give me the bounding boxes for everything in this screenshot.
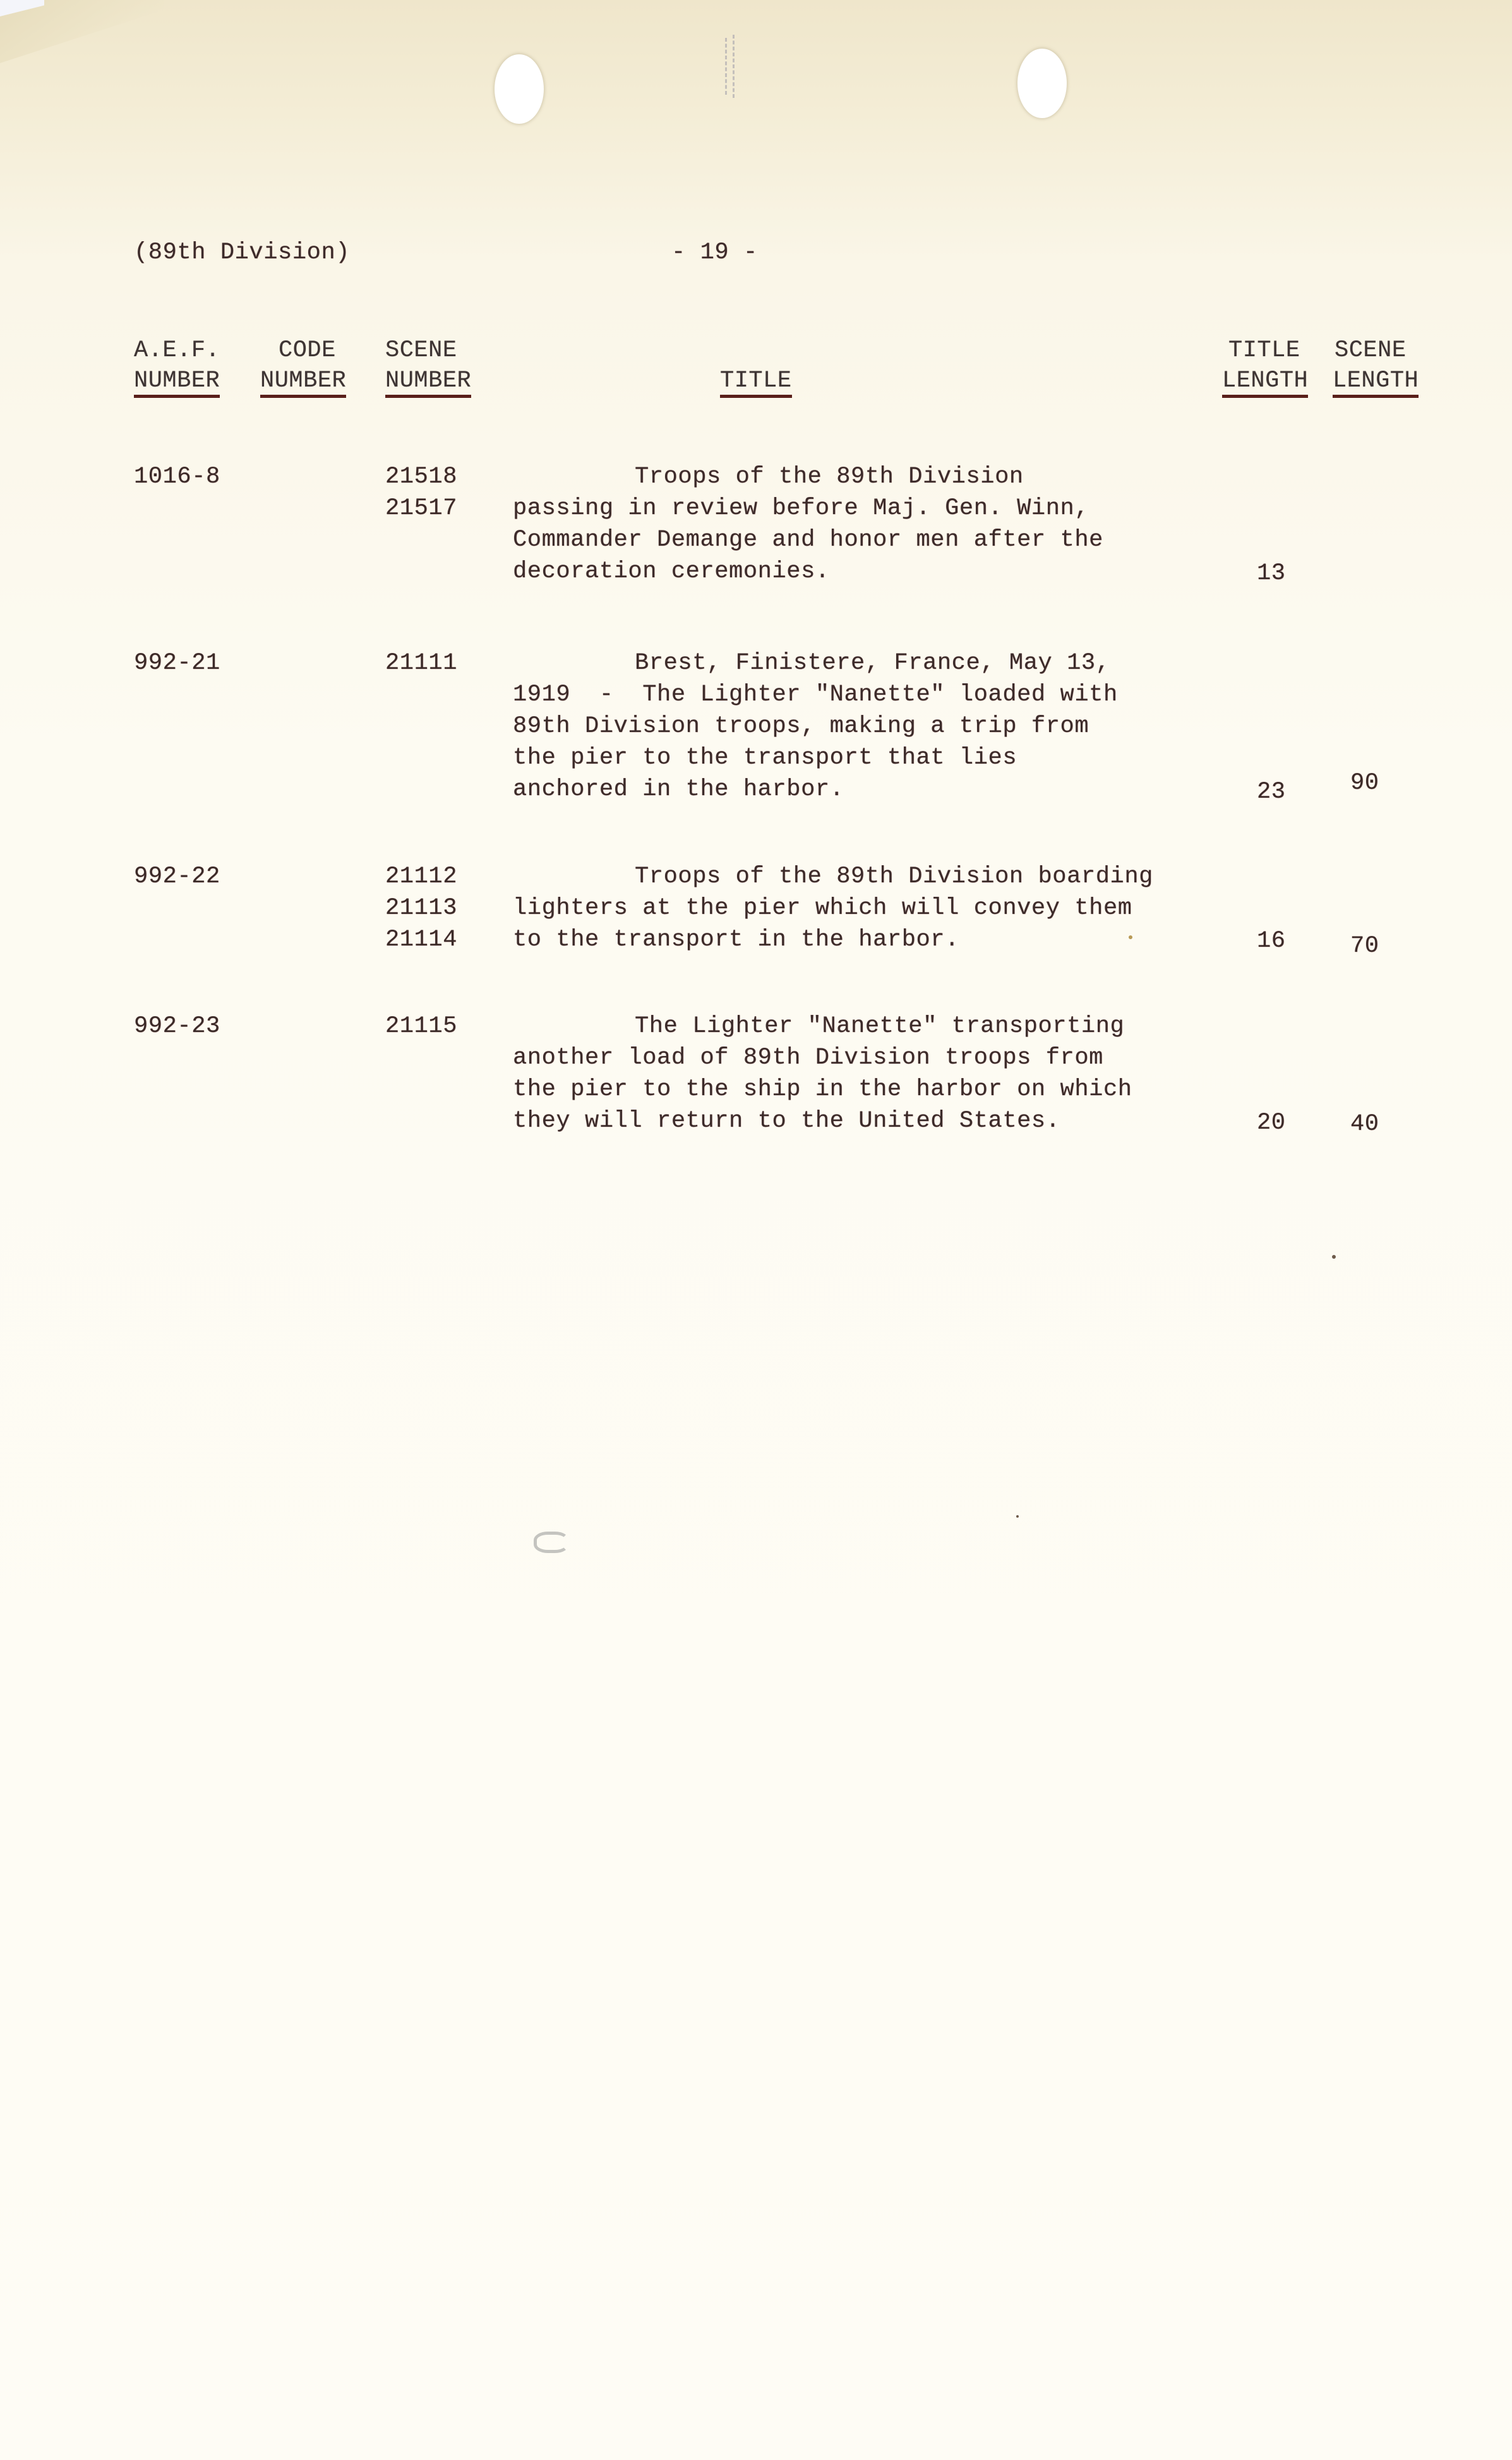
- title-line: 89th Division troops, making a trip from: [513, 711, 1089, 742]
- scene-number: 21113: [385, 892, 457, 924]
- header-scene-length-line2: LENGTH: [1333, 365, 1419, 397]
- aef-number: 992-21: [134, 647, 220, 679]
- title-line: anchored in the harbor.: [513, 774, 844, 805]
- crease-mark: [733, 35, 735, 98]
- title-line: Commander Demange and honor men after th…: [513, 524, 1103, 556]
- title-line: 1919 - The Lighter "Nanette" loaded with: [513, 679, 1118, 711]
- header-title-length-line1: TITLE: [1228, 335, 1300, 366]
- title-length: 23: [1257, 776, 1286, 808]
- title-line: the pier to the ship in the harbor on wh…: [513, 1074, 1132, 1105]
- title-line: decoration ceremonies.: [513, 556, 830, 587]
- scene-number: 21115: [385, 1011, 457, 1042]
- header-scene-line1: SCENE: [385, 335, 457, 366]
- header-aef-label: NUMBER: [134, 368, 220, 398]
- title-line: the pier to the transport that lies: [513, 742, 1017, 774]
- crease-mark: [725, 38, 727, 95]
- header-scene-length-line1: SCENE: [1335, 335, 1407, 366]
- scene-number: 21114: [385, 924, 457, 956]
- scene-number: 21112: [385, 861, 457, 892]
- header-scene-label: NUMBER: [385, 368, 471, 398]
- section-label: (89th Division): [134, 237, 350, 268]
- title-length: 16: [1257, 925, 1286, 957]
- title-line: Brest, Finistere, France, May 13,: [635, 647, 1110, 679]
- header-scene-line2: NUMBER: [385, 365, 471, 397]
- header-title-length-label: LENGTH: [1222, 368, 1308, 398]
- title-line: Troops of the 89th Division: [635, 461, 1024, 493]
- header-scene-length-label: LENGTH: [1333, 368, 1419, 398]
- title-line: passing in review before Maj. Gen. Winn,: [513, 493, 1089, 524]
- scene-length: 90: [1350, 767, 1379, 799]
- speck: [1016, 1515, 1019, 1518]
- scene-length: 70: [1350, 930, 1379, 962]
- header-code-line2: NUMBER: [260, 365, 346, 397]
- punch-hole-right: [1017, 49, 1067, 118]
- header-title-line2: TITLE: [720, 365, 792, 397]
- scene-number: 21111: [385, 647, 457, 679]
- aef-number: 992-22: [134, 861, 220, 892]
- scene-number: 21517: [385, 493, 457, 524]
- speck: [1129, 935, 1132, 939]
- title-line: lighters at the pier which will convey t…: [513, 892, 1132, 924]
- scene-length: 40: [1350, 1108, 1379, 1140]
- ink-smudge: [534, 1532, 569, 1553]
- title-length: 13: [1257, 558, 1286, 589]
- header-code-line1: CODE: [279, 335, 336, 366]
- header-aef-line1: A.E.F.: [134, 335, 220, 366]
- speck: [1332, 1255, 1336, 1259]
- title-line: to the transport in the harbor.: [513, 924, 959, 956]
- header-aef-line2: NUMBER: [134, 365, 220, 397]
- scene-number: 21518: [385, 461, 457, 493]
- aef-number: 1016-8: [134, 461, 220, 493]
- title-line: another load of 89th Division troops fro…: [513, 1042, 1103, 1074]
- aef-number: 992-23: [134, 1011, 220, 1042]
- header-title-label: TITLE: [720, 368, 792, 398]
- title-length: 20: [1257, 1107, 1286, 1139]
- title-line: they will return to the United States.: [513, 1105, 1060, 1137]
- page-number: - 19 -: [671, 237, 758, 268]
- punch-hole-left: [495, 54, 544, 124]
- title-line: Troops of the 89th Division boarding: [635, 861, 1153, 892]
- title-line: The Lighter "Nanette" transporting: [635, 1011, 1124, 1042]
- header-code-label: NUMBER: [260, 368, 346, 398]
- header-title-length-line2: LENGTH: [1222, 365, 1308, 397]
